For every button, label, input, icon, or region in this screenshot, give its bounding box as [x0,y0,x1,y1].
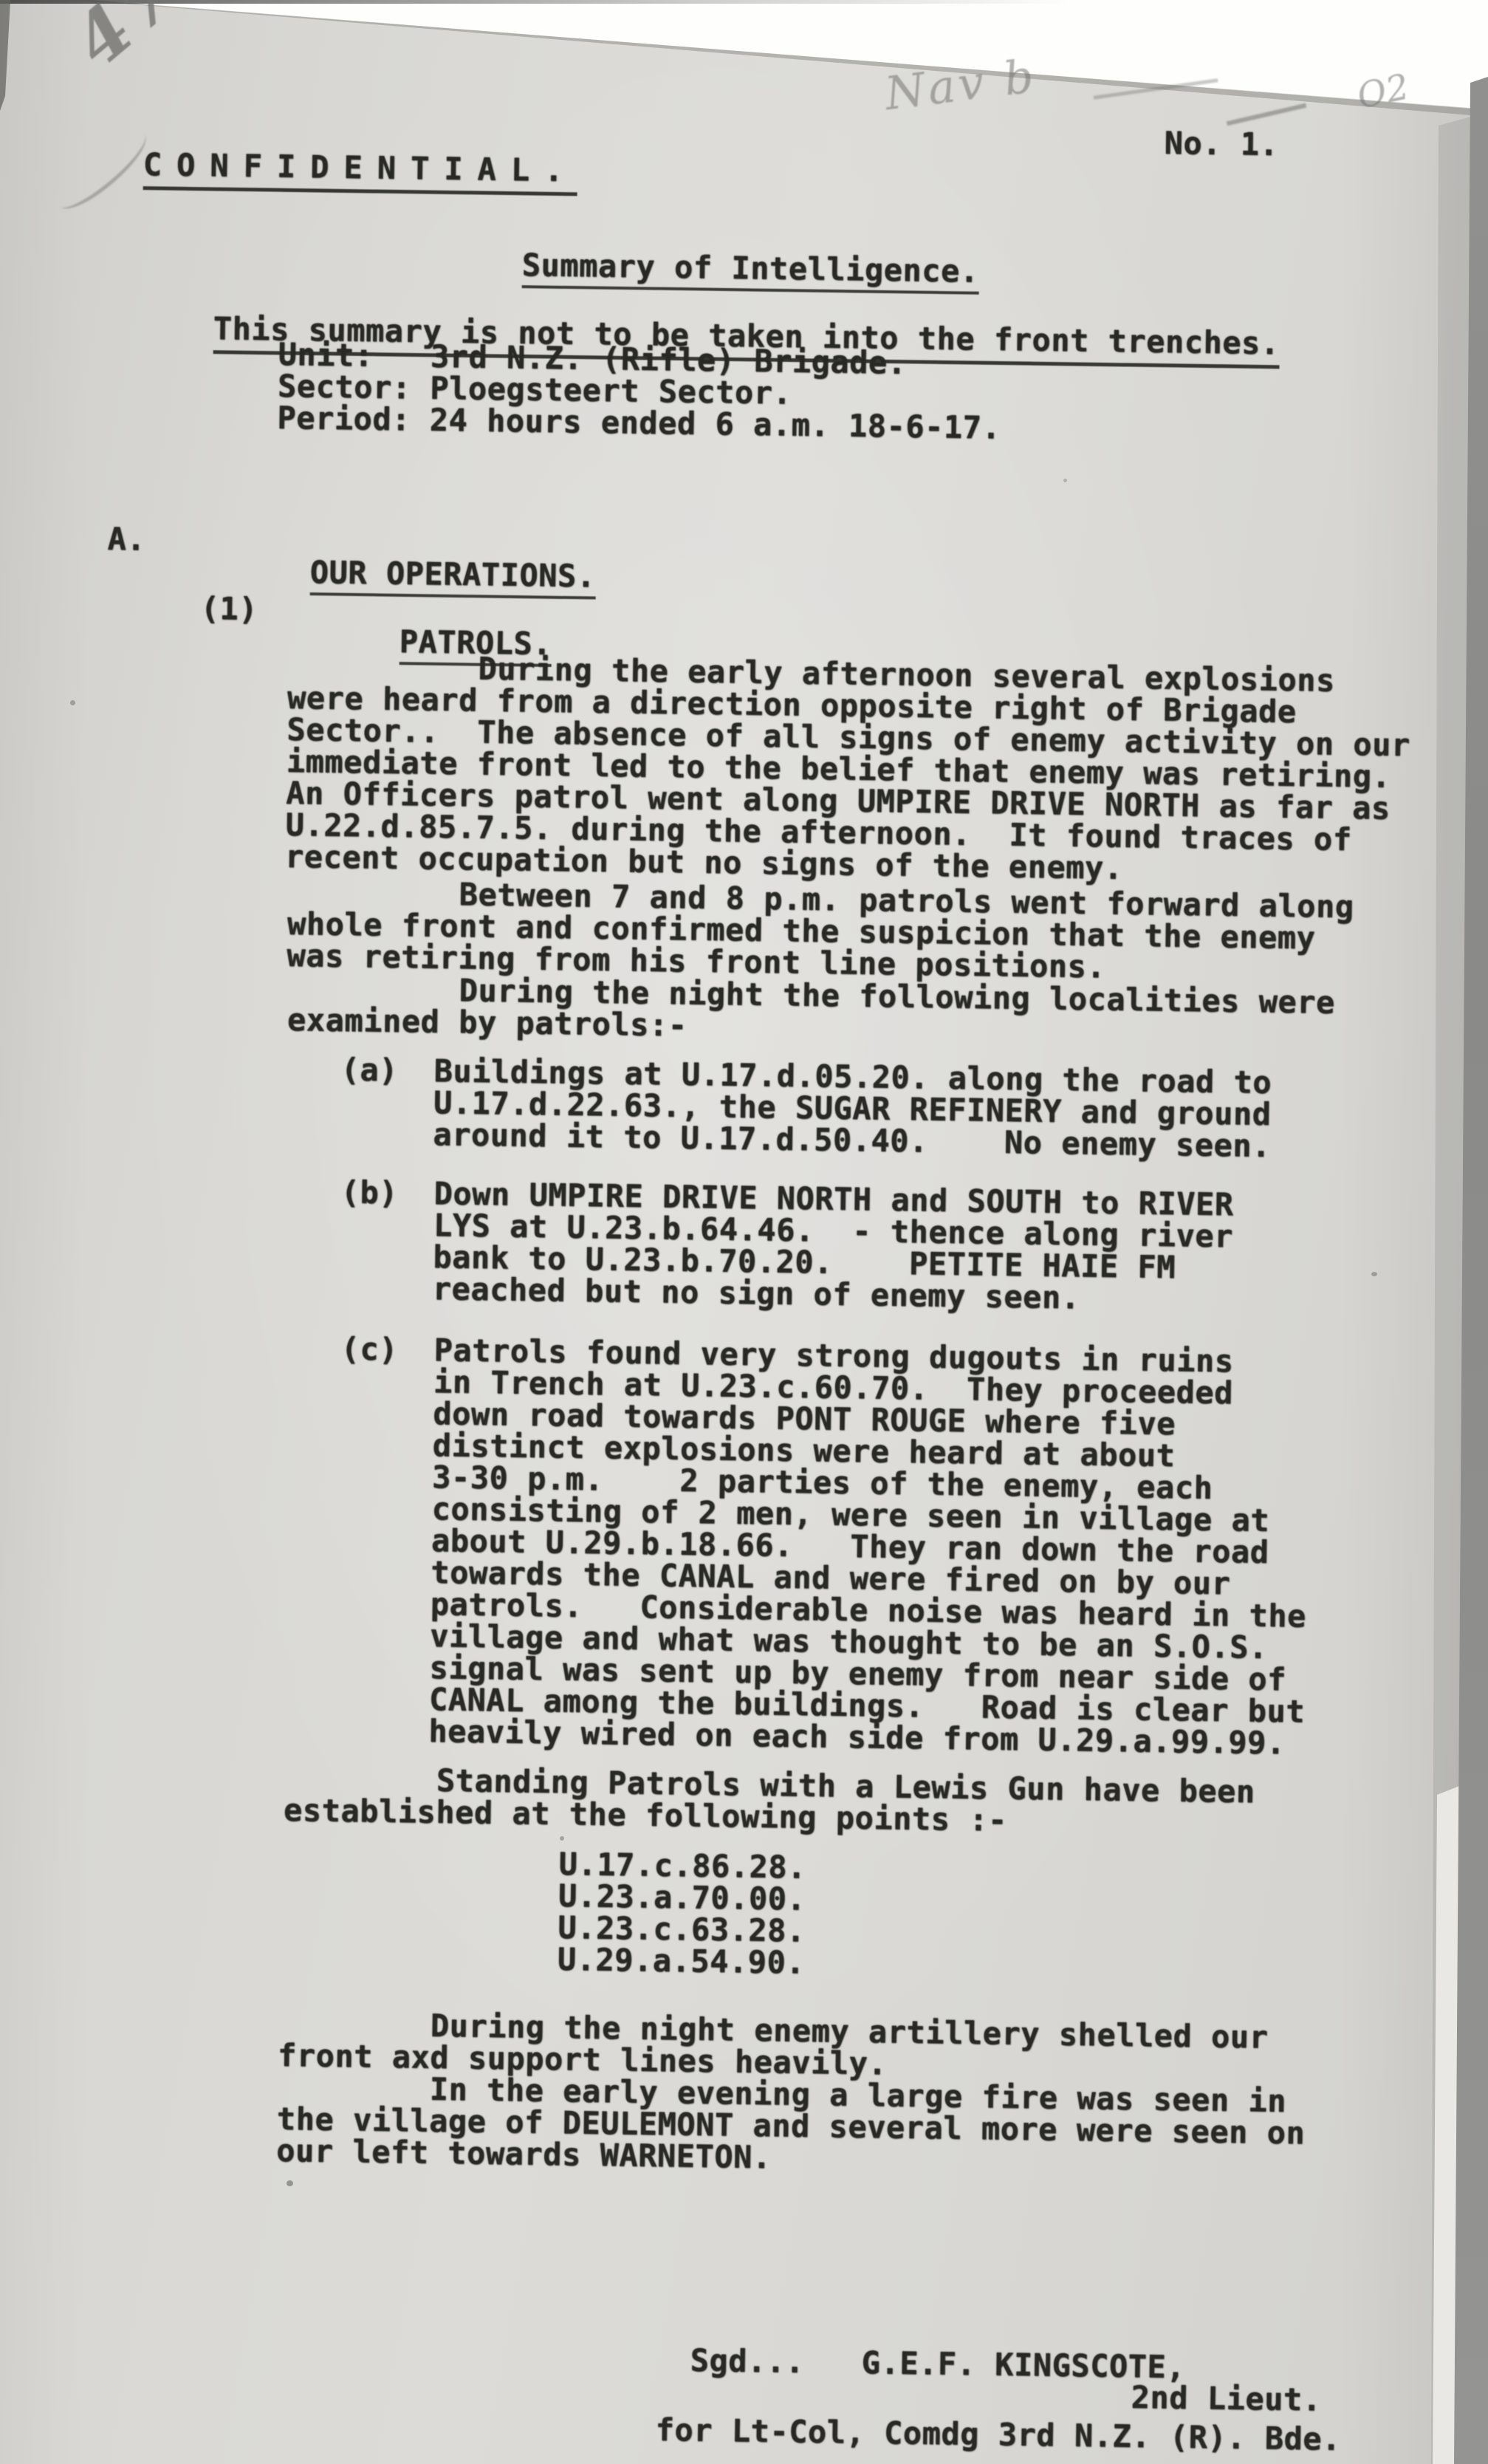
typed-text-layer: CONFIDENTIAL. No. 1. Summary of Intellig… [0,0,1488,2464]
patrol-item-c: (c) Patrols found very strong dugouts in… [0,1328,1488,1476]
scanned-document: CONFIDENTIAL. No. 1. Summary of Intellig… [0,0,1488,2464]
patrol-item-b: (b) Down UMPIRE DRIVE NORTH and SOUTH to… [0,1171,1488,1319]
patrol-item-a-text: Buildings at U.17.d.05.20. along the roa… [433,1055,1272,1162]
patrols-number: (1) [200,592,258,625]
patrol-item-b-text: Down UMPIRE DRIVE NORTH and SOUTH to RIV… [433,1177,1234,1315]
signature-rank: 2nd Lieut. [1131,2381,1321,2416]
patrols-paragraph-2: Between 7 and 8 p.m. patrols went forwar… [287,876,1354,986]
signature-authority: for Lt-Col, Comdg 3rd N.Z. (R). Bde. [655,2414,1341,2455]
section-a-label: A. [107,523,145,555]
patrol-item-b-marker: (b) [340,1176,398,1208]
night-report-paragraph: During the night enemy artillery shelled… [276,2008,1306,2180]
speck [70,700,75,705]
standing-patrols-paragraph: Standing Patrols with a Lewis Gun have b… [284,1762,1255,1839]
speck [287,2180,293,2186]
issue-number: No. 1. [1164,127,1278,160]
signature-line: Sgd... G.E.F. KINGSCOTE, [690,2344,1185,2383]
report-meta: Unit: 3rd N.Z. (Rifle) Brigade.Sector: P… [277,338,1002,444]
standing-patrol-points: U.17.c.86.28.U.23.a.70.00.U.23.c.63.28.U… [558,1848,807,1979]
speck [1136,743,1140,747]
patrol-item-a-marker: (a) [340,1053,398,1086]
patrols-paragraph-1: During the early afternoon several explo… [285,650,1411,888]
speck [560,1836,564,1841]
text-line: Period: 24 hours ended 6 a.m. 18-6-17. [277,402,1001,444]
text-line: U.29.a.54.90. [558,1943,806,1979]
patrol-item-c-text: Patrols found very strong dugouts in rui… [428,1334,1310,1759]
patrols-paragraph-3: During the night the following localitie… [287,972,1335,1050]
classification-text: CONFIDENTIAL. [143,148,577,196]
speck [1371,1272,1377,1276]
speck [1063,479,1067,482]
patrol-item-c-marker: (c) [340,1332,398,1365]
